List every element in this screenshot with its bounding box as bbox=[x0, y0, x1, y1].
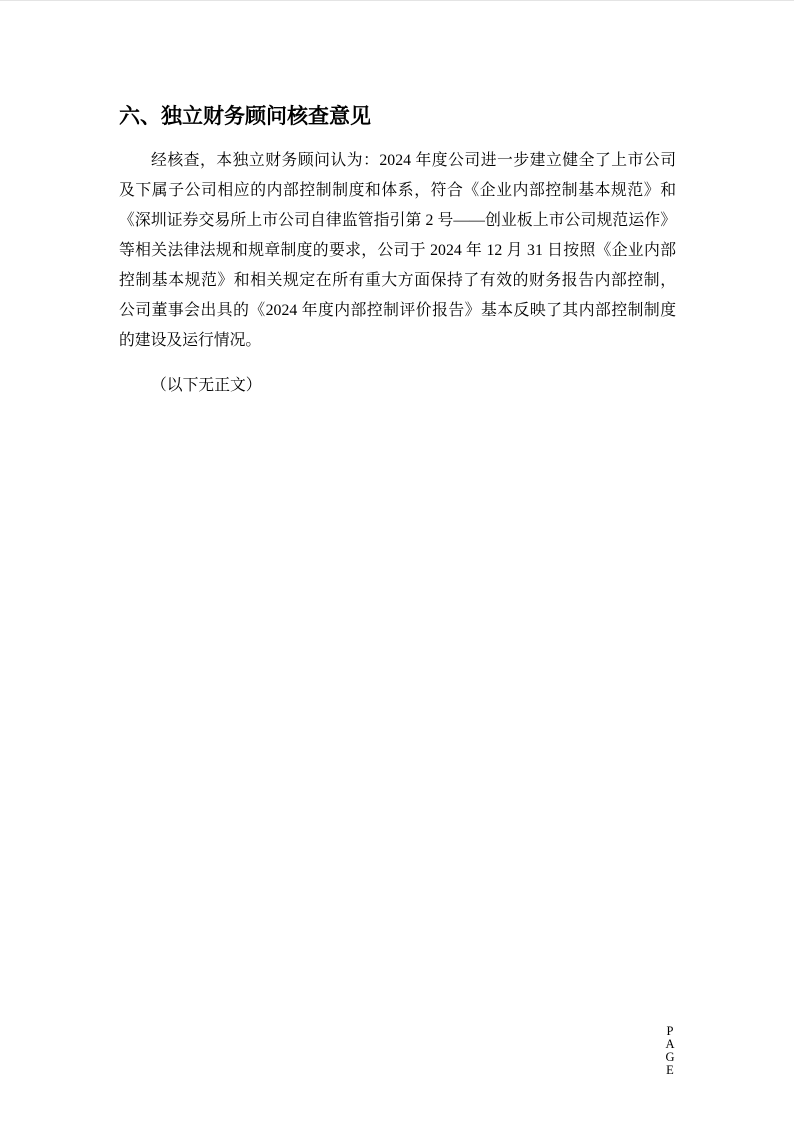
paragraph-line: 公司董事会出具的《2024 年度内部控制评价报告》基本反映了其内部控制制度 bbox=[119, 296, 676, 326]
paragraph-line: 控制基本规范》和相关规定在所有重大方面保持了有效的财务报告内部控制， bbox=[119, 266, 676, 296]
body-paragraph: 经核查，本独立财务顾问认为：2024 年度公司进一步建立健全了上市公司 及下属子… bbox=[119, 146, 676, 356]
paragraph-line: 经核查，本独立财务顾问认为：2024 年度公司进一步建立健全了上市公司 bbox=[119, 146, 676, 176]
closing-note: （以下无正文） bbox=[151, 371, 262, 401]
paragraph-line: 等相关法律法规和规章制度的要求，公司于 2024 年 12 月 31 日按照《企… bbox=[119, 236, 676, 266]
page-number-field: P A G E bbox=[661, 1025, 679, 1077]
document-page: 六、独立财务顾问核查意见 经核查，本独立财务顾问认为：2024 年度公司进一步建… bbox=[0, 0, 794, 1122]
section-heading: 六、独立财务顾问核查意见 bbox=[119, 104, 371, 129]
paragraph-line: 的建设及运行情况。 bbox=[119, 326, 676, 356]
paragraph-line: 《深圳证券交易所上市公司自律监管指引第 2 号——创业板上市公司规范运作》 bbox=[119, 206, 676, 236]
paragraph-line: 及下属子公司相应的内部控制制度和体系，符合《企业内部控制基本规范》和 bbox=[119, 176, 676, 206]
page-field-letter: E bbox=[661, 1064, 679, 1077]
